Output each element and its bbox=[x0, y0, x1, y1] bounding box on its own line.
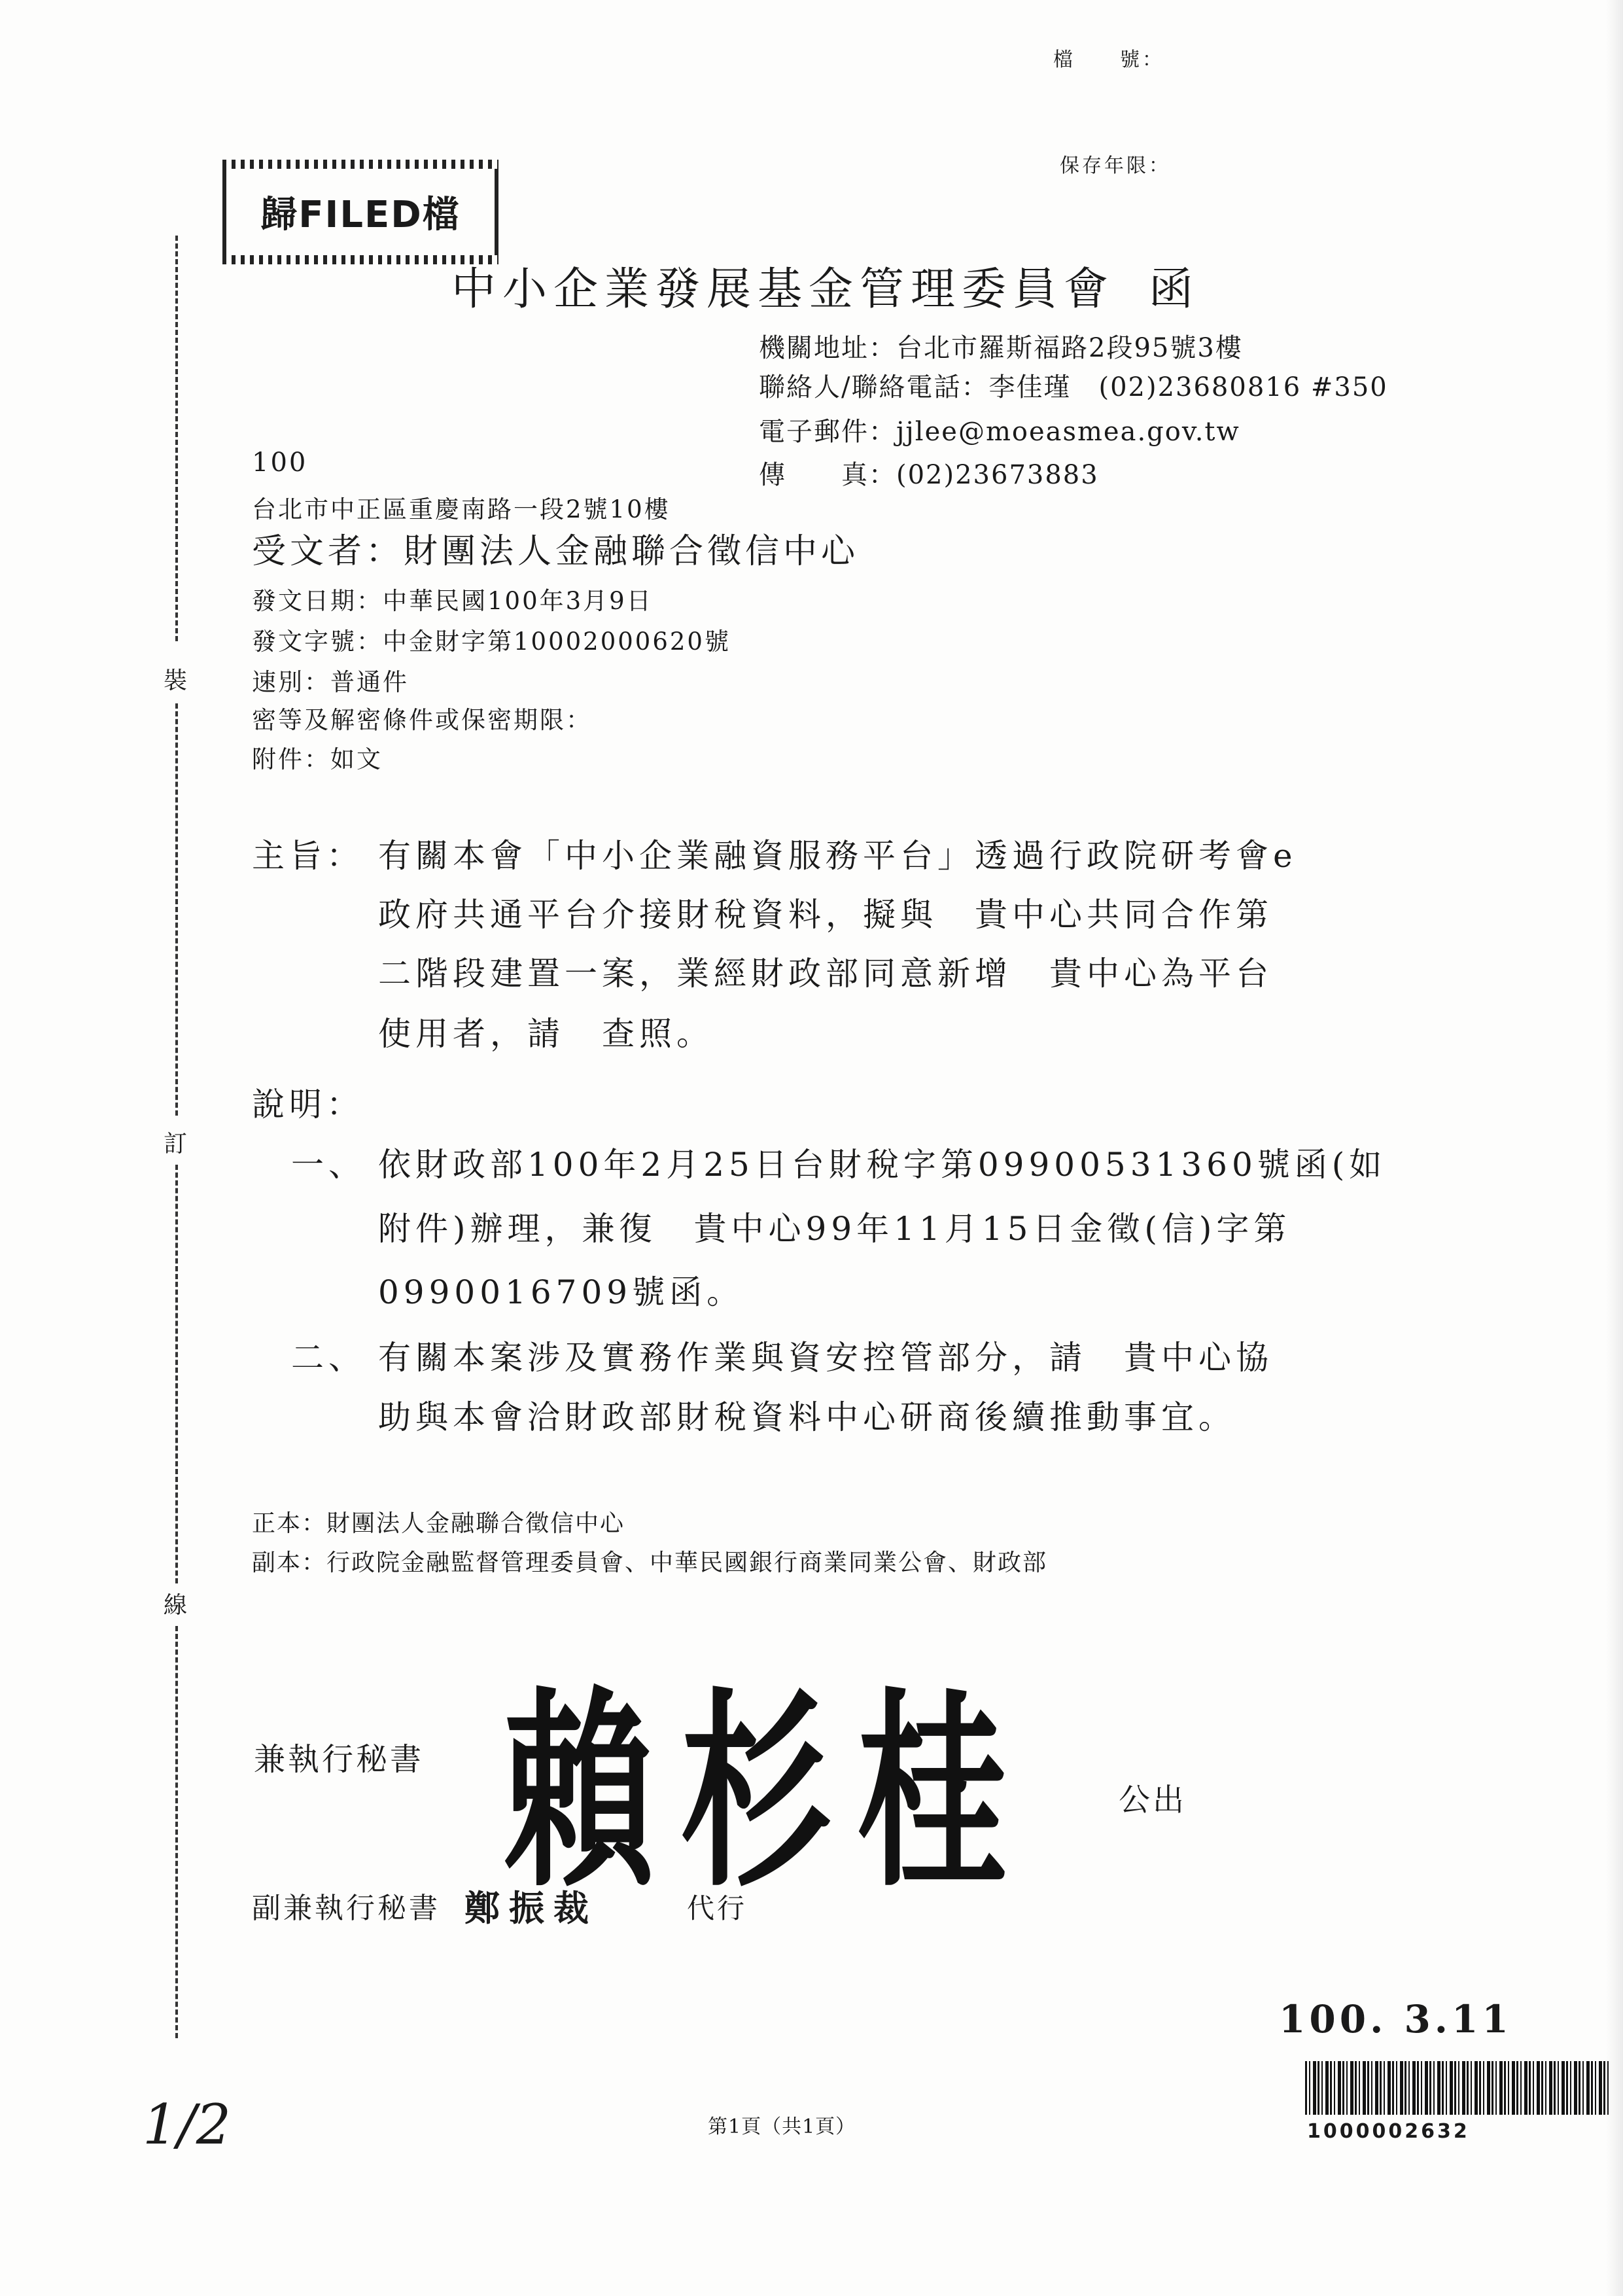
scan-edge bbox=[1606, 0, 1623, 2296]
page-number: 第1頁（共1頁） bbox=[708, 2110, 856, 2139]
explanation-line: 0990016709號函。 bbox=[378, 1266, 744, 1313]
secrecy-level: 密等及解密條件或保密期限： bbox=[252, 700, 592, 735]
binding-char-ding: 訂 bbox=[164, 1125, 187, 1159]
contact-email[interactable]: 電子郵件：jjlee@moeasmea.gov.tw bbox=[759, 411, 1240, 448]
agency-address: 機關地址：台北市羅斯福路2段95號3樓 bbox=[759, 327, 1243, 364]
subject-line: 政府共通平台介接財稅資料，擬與 貴中心共同合作第 bbox=[378, 889, 1273, 936]
subject-line: 有關本會「中小企業融資服務平台」透過行政院研考會e bbox=[378, 830, 1297, 877]
reference-number: 發文字號：中金財字第10002000620號 bbox=[252, 622, 731, 657]
explanation-line: 有關本案涉及實務作業與資安控管部分，請 貴中心協 bbox=[378, 1332, 1273, 1379]
signatory-role: 兼執行秘書 bbox=[254, 1734, 424, 1779]
signatory-note: 公出 bbox=[1119, 1775, 1187, 1820]
contact-person-phone: 聯絡人/聯絡電話：李佳瑾 (02)23680816 #350 bbox=[759, 366, 1388, 404]
explanation-label: 說明： bbox=[252, 1078, 364, 1125]
original-copy: 正本：財團法人金融聯合徵信中心 bbox=[252, 1505, 625, 1538]
contact-fax: 傳 真：(02)23673883 bbox=[759, 454, 1099, 491]
subject-line: 使用者，請 查照。 bbox=[378, 1008, 714, 1055]
document-title: 中小企業發展基金管理委員會函 bbox=[451, 254, 1200, 317]
subject-line: 二階段建置一案，業經財政部同意新增 貴中心為平台 bbox=[378, 947, 1273, 995]
explanation-line: 助與本會洽財政部財稅資料中心研商後續推動事宜。 bbox=[378, 1391, 1236, 1438]
carbon-copy: 副本：行政院金融監督管理委員會、中華民國銀行商業同業公會、財政部 bbox=[252, 1544, 1047, 1578]
binding-line bbox=[175, 703, 181, 1116]
deputy-note: 代行 bbox=[687, 1887, 747, 1926]
attachment: 附件：如文 bbox=[252, 739, 383, 775]
delivery-speed: 速別：普通件 bbox=[252, 662, 409, 698]
recipient: 受文者：財團法人金融聯合徵信中心 bbox=[252, 523, 859, 573]
barcode-icon bbox=[1305, 2061, 1609, 2115]
issue-date: 發文日期：中華民國100年3月9日 bbox=[252, 581, 653, 616]
explanation-line: 附件)辦理，兼復 貴中心99年11月15日金徵(信)字第 bbox=[378, 1203, 1291, 1250]
subject-label: 主旨： bbox=[252, 830, 364, 877]
explanation-marker: 一、 bbox=[291, 1139, 366, 1186]
org-name: 中小企業發展基金管理委員會 bbox=[451, 264, 1115, 315]
binding-line bbox=[175, 236, 181, 641]
filed-stamp-text: 歸FILED檔 bbox=[260, 186, 461, 238]
handwritten-mark: 1/2 bbox=[143, 2093, 231, 2157]
explanation-line: 依財政部100年2月25日台財稅字第09900531360號函(如 bbox=[378, 1139, 1386, 1186]
deputy-role: 副兼執行秘書 bbox=[252, 1884, 440, 1926]
retention-period-label: 保存年限： bbox=[1060, 149, 1171, 178]
receipt-date-stamp: 100. 3.11 bbox=[1279, 1997, 1512, 2041]
binding-line bbox=[175, 1626, 181, 2038]
doc-type: 函 bbox=[1149, 264, 1200, 315]
binding-line bbox=[175, 1165, 181, 1583]
barcode-number: 1000002632 bbox=[1307, 2120, 1470, 2143]
explanation-marker: 二、 bbox=[291, 1332, 366, 1379]
binding-char-xian: 線 bbox=[164, 1587, 187, 1620]
file-number-label: 檔 號： bbox=[1053, 43, 1164, 72]
recipient-address: 台北市中正區重慶南路一段2號10樓 bbox=[252, 489, 671, 525]
postal-code: 100 bbox=[252, 448, 307, 478]
deputy-name: 鄭振裁 bbox=[464, 1881, 598, 1931]
filed-stamp: 歸FILED檔 bbox=[222, 162, 498, 262]
binding-char-zhuang: 裝 bbox=[164, 662, 187, 696]
